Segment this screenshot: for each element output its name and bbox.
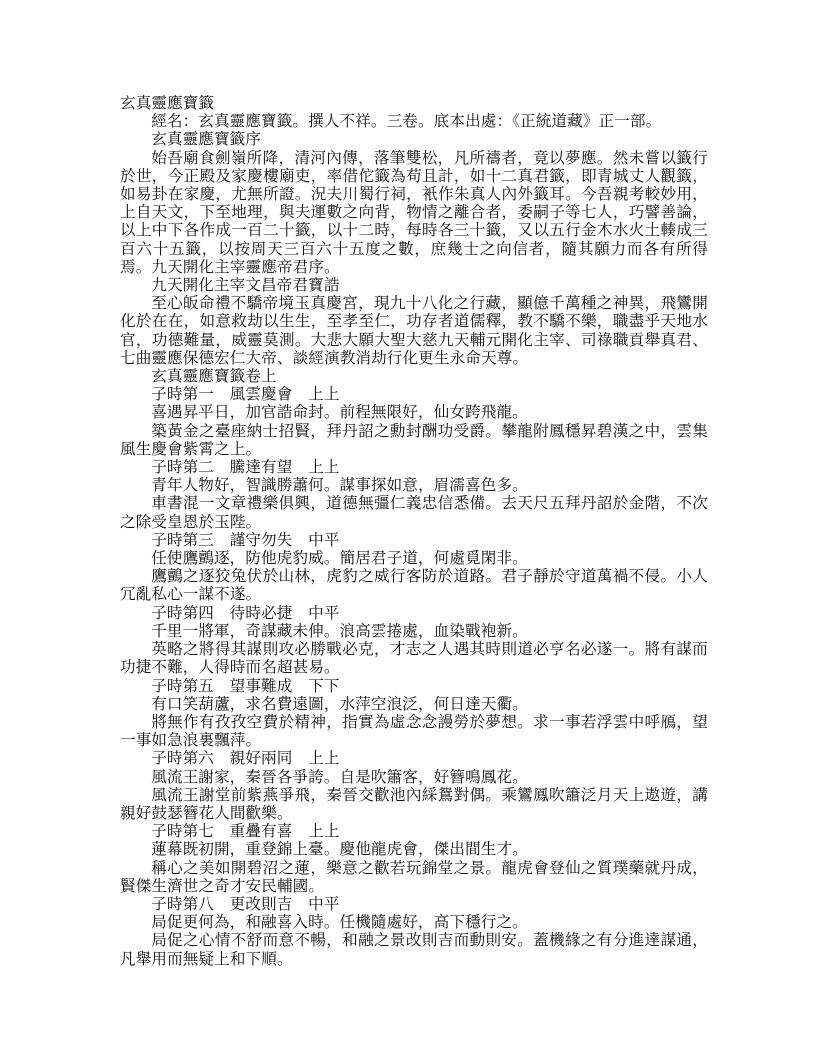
preface-title: 玄真靈應寶籤序 (120, 130, 708, 148)
lot-heading: 子時第二 騰達有望 上上 (120, 458, 708, 476)
lot-explanation: 局促之心情不舒而意不暢，和融之景改則吉而動則安。蓋機緣之有分進達謀通，凡舉用而無… (120, 931, 708, 967)
lot-heading: 子時第七 重疊有喜 上上 (120, 822, 708, 840)
lot-verse: 青年人物好，智識勝蕭何。謀事探如意，眉濡喜色多。 (120, 476, 708, 494)
lot-heading: 子時第六 親好兩同 上上 (120, 749, 708, 767)
preface-text: 始吾廟食劍嶺所降，清河內傳，落筆雙松，凡所禱者，竟以夢應。然未嘗以籤行於世，今正… (120, 149, 708, 276)
lot-explanation: 鷹鸇之逐狡兔伏於山林，虎豹之威行客防於道路。君子靜於守道萬禍不侵。小人冗亂私心一… (120, 567, 708, 603)
lot-explanation: 風流王謝堂前紫燕爭飛，秦晉交歡池內綵鴛對偶。乘鸞鳳吹簫泛月天上遨遊，講親好鼓瑟簪… (120, 786, 708, 822)
lot-verse: 局促更何為，和融喜入時。任機隨處好，高下穩行之。 (120, 913, 708, 931)
invocation-text: 至心皈命禮不驕帝境玉真慶宮，現九十八化之行藏，顯億千萬種之神異，飛鸞開化於在在，… (120, 294, 708, 367)
lot-heading: 子時第八 更改則吉 中平 (120, 895, 708, 913)
lot-explanation: 築黃金之臺座納士招賢，拜丹詔之勳封酬功受爵。攀龍附鳳穩昇碧漢之中，雲集風生慶會紫… (120, 422, 708, 458)
lot-heading: 子時第一 風雲慶會 上上 (120, 385, 708, 403)
lot-heading: 子時第四 待時必捷 中平 (120, 604, 708, 622)
lot-explanation: 英略之將得其謀則攻必勝戰必克，才志之人遇其時則道必亨名必遂一。將有謀而功捷不難，… (120, 640, 708, 676)
document-metadata: 經名：玄真靈應寶籤。撰人不祥。三卷。底本出處：《正統道藏》正一部。 (120, 112, 708, 130)
lot-explanation: 稱心之美如開碧沼之蓮，樂意之歡若玩錦堂之景。龍虎會登仙之質璞藥就丹成，賢傑生濟世… (120, 859, 708, 895)
lot-verse: 任使鷹鸇逐，防他虎豹威。簡居君子道，何處覓閑非。 (120, 549, 708, 567)
lot-verse: 有口笑葫蘆，求名費遠圖，水萍空浪泛，何日達天衢。 (120, 695, 708, 713)
lot-explanation: 將無作有孜孜空費於精神，指實為虛念念謾勞於夢想。求一事若浮雲中呼鴈，望一事如急浪… (120, 713, 708, 749)
lot-heading: 子時第三 謹守勿失 中平 (120, 531, 708, 549)
lot-verse: 千里一將軍，奇謀藏未伸。浪高雲捲處，血染戰袍新。 (120, 622, 708, 640)
lot-verse: 蓮幕既初開，重登錦上臺。慶他龍虎會，傑出間生才。 (120, 840, 708, 858)
lot-heading: 子時第五 望事難成 下下 (120, 677, 708, 695)
lot-explanation: 車書混一文章禮樂俱興，道德無彊仁義忠信悉備。去天尺五拜丹詔於金階，不次之除受皇恩… (120, 494, 708, 530)
volume-title: 玄真靈應寶籤卷上 (120, 367, 708, 385)
document-page: 玄真靈應寶籤 經名：玄真靈應寶籤。撰人不祥。三卷。底本出處：《正統道藏》正一部。… (120, 94, 708, 968)
document-title: 玄真靈應寶籤 (120, 94, 708, 112)
lot-verse: 風流王謝家，秦晉各爭誇。自是吹簫客，好簪鳴鳳花。 (120, 768, 708, 786)
lot-verse: 喜遇昇平日，加官誥命封。前程無限好，仙女跨飛龍。 (120, 403, 708, 421)
invocation-title: 九天開化主宰文昌帝君寶誥 (120, 276, 708, 294)
